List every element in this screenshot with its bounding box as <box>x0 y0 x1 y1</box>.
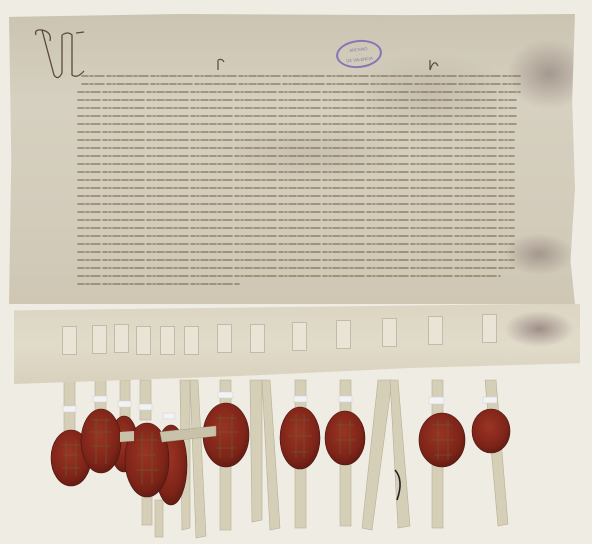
wax-seal <box>472 409 510 453</box>
wax-seal <box>280 407 320 469</box>
charter-photo: ARCHIVO · · · DE VALENCIA <box>0 0 592 544</box>
wax-seal <box>325 411 365 465</box>
wax-seal <box>81 409 121 473</box>
wax-seals <box>0 0 592 544</box>
